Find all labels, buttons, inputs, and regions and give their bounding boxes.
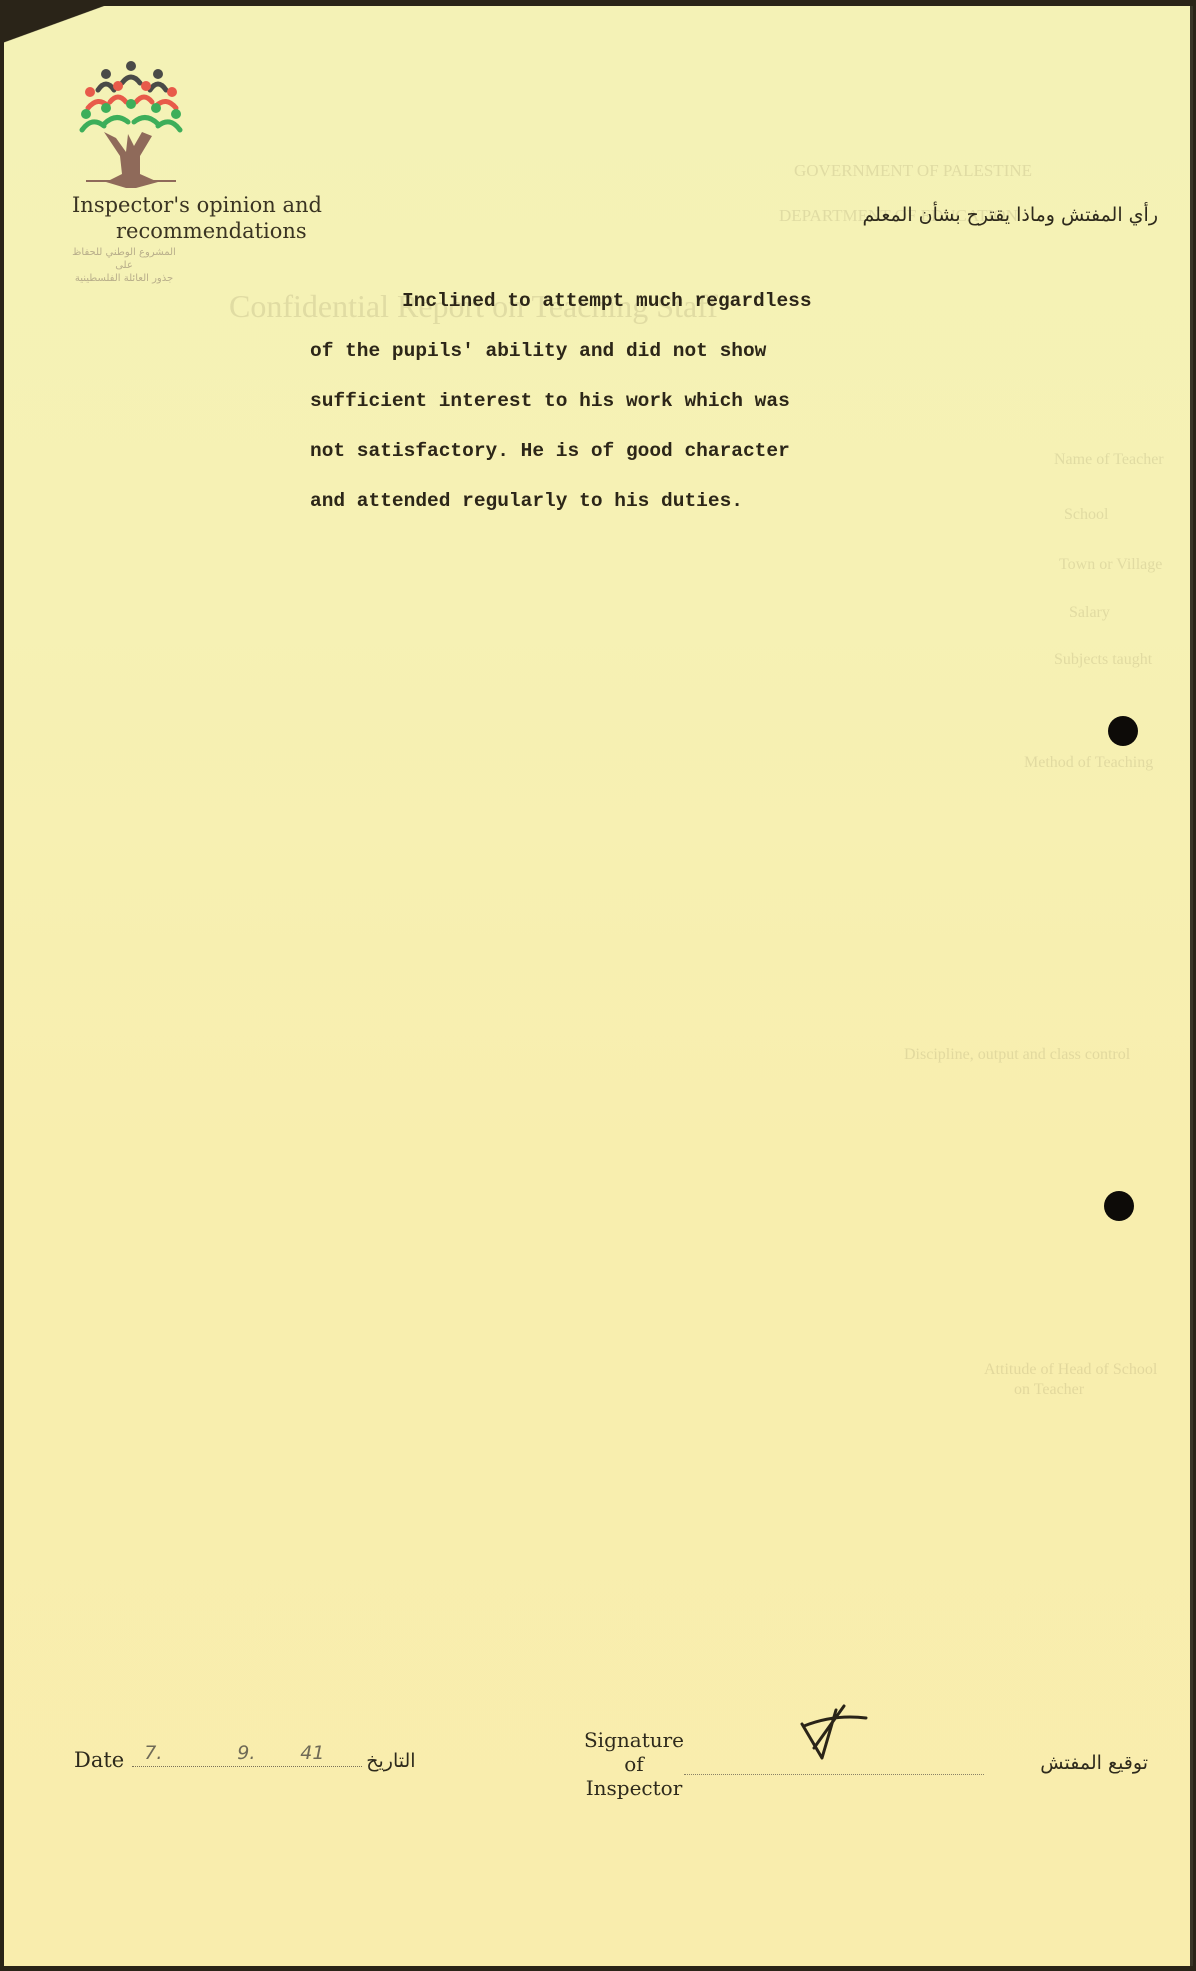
signature-label-ar: توقيع المفتش <box>1040 1752 1148 1774</box>
watermark-line-2: جذور العائلة الفلسطينية <box>64 272 184 285</box>
punch-hole-top <box>1108 716 1138 746</box>
date-label-ar: التاريخ <box>366 1750 415 1772</box>
opinion-line-5: and attended regularly to his duties. <box>310 476 1010 526</box>
document-page: GOVERNMENT OF PALESTINE DEPARTMENT OF ED… <box>4 6 1193 1966</box>
section-label-ar: رأي المفتش وماذا يقترح بشأن المعلم <box>862 204 1158 226</box>
date-label: Date <box>74 1748 124 1772</box>
punch-hole-bottom <box>1104 1191 1134 1221</box>
date-day: 7. <box>144 1742 162 1764</box>
signature-line <box>684 1774 984 1775</box>
ghost-field-7: Discipline, output and class control <box>904 1046 1130 1064</box>
ghost-field-6: Method of Teaching <box>1024 754 1153 772</box>
label-line-1: Inspector's opinion and <box>72 192 342 218</box>
opinion-line-4: not satisfactory. He is of good characte… <box>310 426 1010 476</box>
section-label-en: Inspector's opinion and recommendations <box>72 192 342 244</box>
signature-label-line-2: Inspector <box>574 1776 694 1800</box>
ghost-field-3: Town or Village <box>1059 556 1162 574</box>
date-month: 9. <box>237 1742 255 1764</box>
handwritten-signature-icon <box>794 1696 874 1766</box>
watermark-line-1: المشروع الوطني للحفاظ على <box>64 246 184 272</box>
date-field: Date 7. 9. 41 التاريخ <box>74 1744 416 1774</box>
ghost-field-4: Salary <box>1069 604 1110 622</box>
ghost-field-1: Name of Teacher <box>1054 451 1164 469</box>
opinion-text: Inclined to attempt much regardless of t… <box>310 276 1010 526</box>
opinion-line-1: Inclined to attempt much regardless <box>310 276 1010 326</box>
label-line-2: recommendations <box>72 218 342 244</box>
tree-logo-icon <box>76 56 186 191</box>
ghost-field-9: on Teacher <box>1014 1381 1084 1399</box>
watermark-text: المشروع الوطني للحفاظ على جذور العائلة ا… <box>64 246 184 285</box>
opinion-line-3: sufficient interest to his work which wa… <box>310 376 1010 426</box>
ghost-field-5: Subjects taught <box>1054 651 1152 669</box>
ghost-field-2: School <box>1064 506 1108 524</box>
opinion-line-2: of the pupils' ability and did not show <box>310 326 1010 376</box>
signature-label: Signature of Inspector <box>574 1728 694 1800</box>
date-value-line: 7. 9. 41 <box>132 1744 362 1767</box>
signature-label-line-1: Signature of <box>574 1728 694 1776</box>
ghost-field-8: Attitude of Head of School <box>984 1361 1157 1379</box>
ghost-gov: GOVERNMENT OF PALESTINE <box>794 161 1032 181</box>
date-year: 41 <box>300 1742 324 1764</box>
